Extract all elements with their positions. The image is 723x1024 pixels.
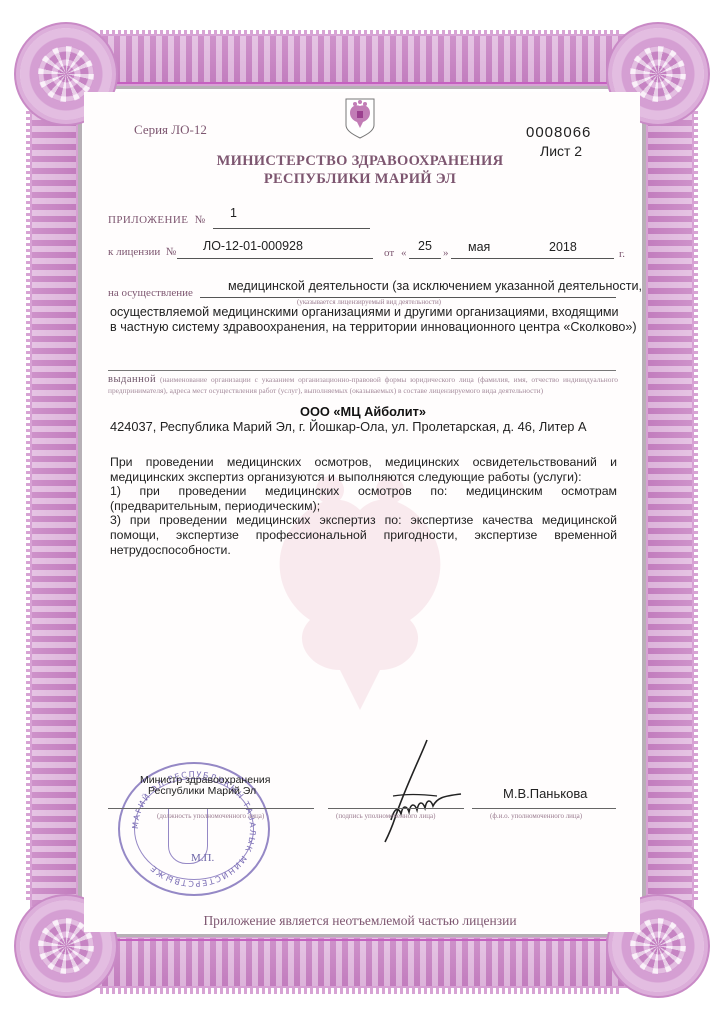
license-date-open-quote: « — [401, 247, 407, 259]
license-number: ЛО-12-01-000928 — [203, 239, 303, 253]
ministry-title-line2: РЕСПУБЛИКИ МАРИЙ ЭЛ — [150, 171, 570, 188]
border-zigzag-bottom-outer — [100, 988, 620, 994]
name-caption: (ф.и.о. уполномоченного лица) — [490, 812, 582, 820]
border-inner-accent-top — [80, 82, 644, 84]
border-zigzag-right-outer — [692, 110, 698, 900]
border-inner-line-top — [80, 86, 644, 89]
works-intro: При проведении медицинских осмотров, мед… — [110, 455, 617, 484]
appendix-number: 1 — [230, 206, 237, 220]
license-year: 2018 — [549, 240, 577, 254]
license-day: 25 — [418, 239, 432, 253]
border-zigzag-left-outer — [26, 110, 32, 900]
series-label: Серия ЛО-12 — [134, 122, 207, 138]
border-inner-accent-bottom — [80, 939, 644, 941]
activity-line3: в частную систему здравоохранения, на те… — [110, 320, 637, 334]
issued-to-label: выданной — [108, 374, 156, 385]
border-zigzag-top-outer — [100, 30, 620, 36]
signature-caption: (подпись уполномоченного лица) — [336, 812, 435, 820]
activity-line2: осуществляемой медицинскими организациям… — [110, 305, 619, 319]
works-item-3: 3) при проведении медицинских экспертиз … — [110, 513, 617, 557]
license-number-sign: № — [166, 246, 177, 258]
border-top — [60, 34, 660, 86]
license-month-year-underline — [451, 258, 614, 259]
border-bottom — [60, 936, 660, 988]
ministry-title-line1: МИНИСТЕРСТВО ЗДРАВООХРАНЕНИЯ — [150, 153, 570, 170]
appendix-number-sign: № — [195, 214, 206, 226]
license-date-close-quote: » — [443, 247, 449, 259]
signatory-position: Министр здравоохранения Республики Марий… — [140, 775, 270, 797]
serial-number: 0008066 — [526, 124, 591, 141]
border-inner-line-left — [78, 86, 82, 936]
issued-to-block: выданной (наименование организации с ука… — [108, 375, 618, 396]
organization-address: 424037, Республика Марий Эл, г. Йошкар-О… — [110, 419, 587, 434]
signature-underline — [328, 808, 464, 809]
license-day-underline — [409, 258, 441, 259]
appendix-number-underline — [213, 228, 370, 229]
works-item-1: 1) при проведении медицинских осмотров п… — [110, 484, 617, 513]
activity-label: на осуществление — [108, 287, 193, 299]
license-label-text: к лицензии — [108, 246, 160, 258]
footer-note: Приложение является неотъемлемой частью … — [150, 913, 570, 929]
issued-to-caption-text: (наименование организации с указанием ор… — [108, 375, 618, 395]
appendix-label-text: ПРИЛОЖЕНИЕ — [108, 214, 188, 226]
issued-to-caption: выданной (наименование организации с ука… — [108, 375, 618, 396]
border-inner-line-right — [642, 86, 646, 936]
stamp-place-mark: М.П. — [191, 852, 214, 864]
position-underline — [108, 808, 314, 809]
position-caption: (должность уполномоченного лица) — [157, 812, 264, 820]
license-label: к лицензии № — [108, 246, 176, 258]
border-left — [30, 60, 78, 960]
activity-line1: медицинской деятельности (за исключением… — [228, 279, 642, 293]
appendix-label: ПРИЛОЖЕНИЕ № — [108, 214, 206, 226]
handwritten-signature-icon — [365, 738, 475, 848]
signatory-name: М.В.Панькова — [503, 786, 587, 801]
license-year-suffix: г. — [619, 248, 625, 260]
name-underline — [472, 808, 616, 809]
border-inner-line-bottom — [80, 934, 644, 937]
organization-name: ООО «МЦ Айболит» — [108, 404, 618, 419]
license-number-underline — [177, 258, 373, 259]
license-month: мая — [468, 240, 490, 254]
signatory-position-line2: Республики Марий Эл — [140, 786, 270, 797]
license-date-prefix: от — [384, 247, 394, 259]
issued-to-top-rule — [108, 370, 616, 371]
works-section: При проведении медицинских осмотров, мед… — [110, 455, 617, 557]
coat-of-arms-icon — [344, 97, 376, 139]
border-right — [646, 60, 694, 960]
